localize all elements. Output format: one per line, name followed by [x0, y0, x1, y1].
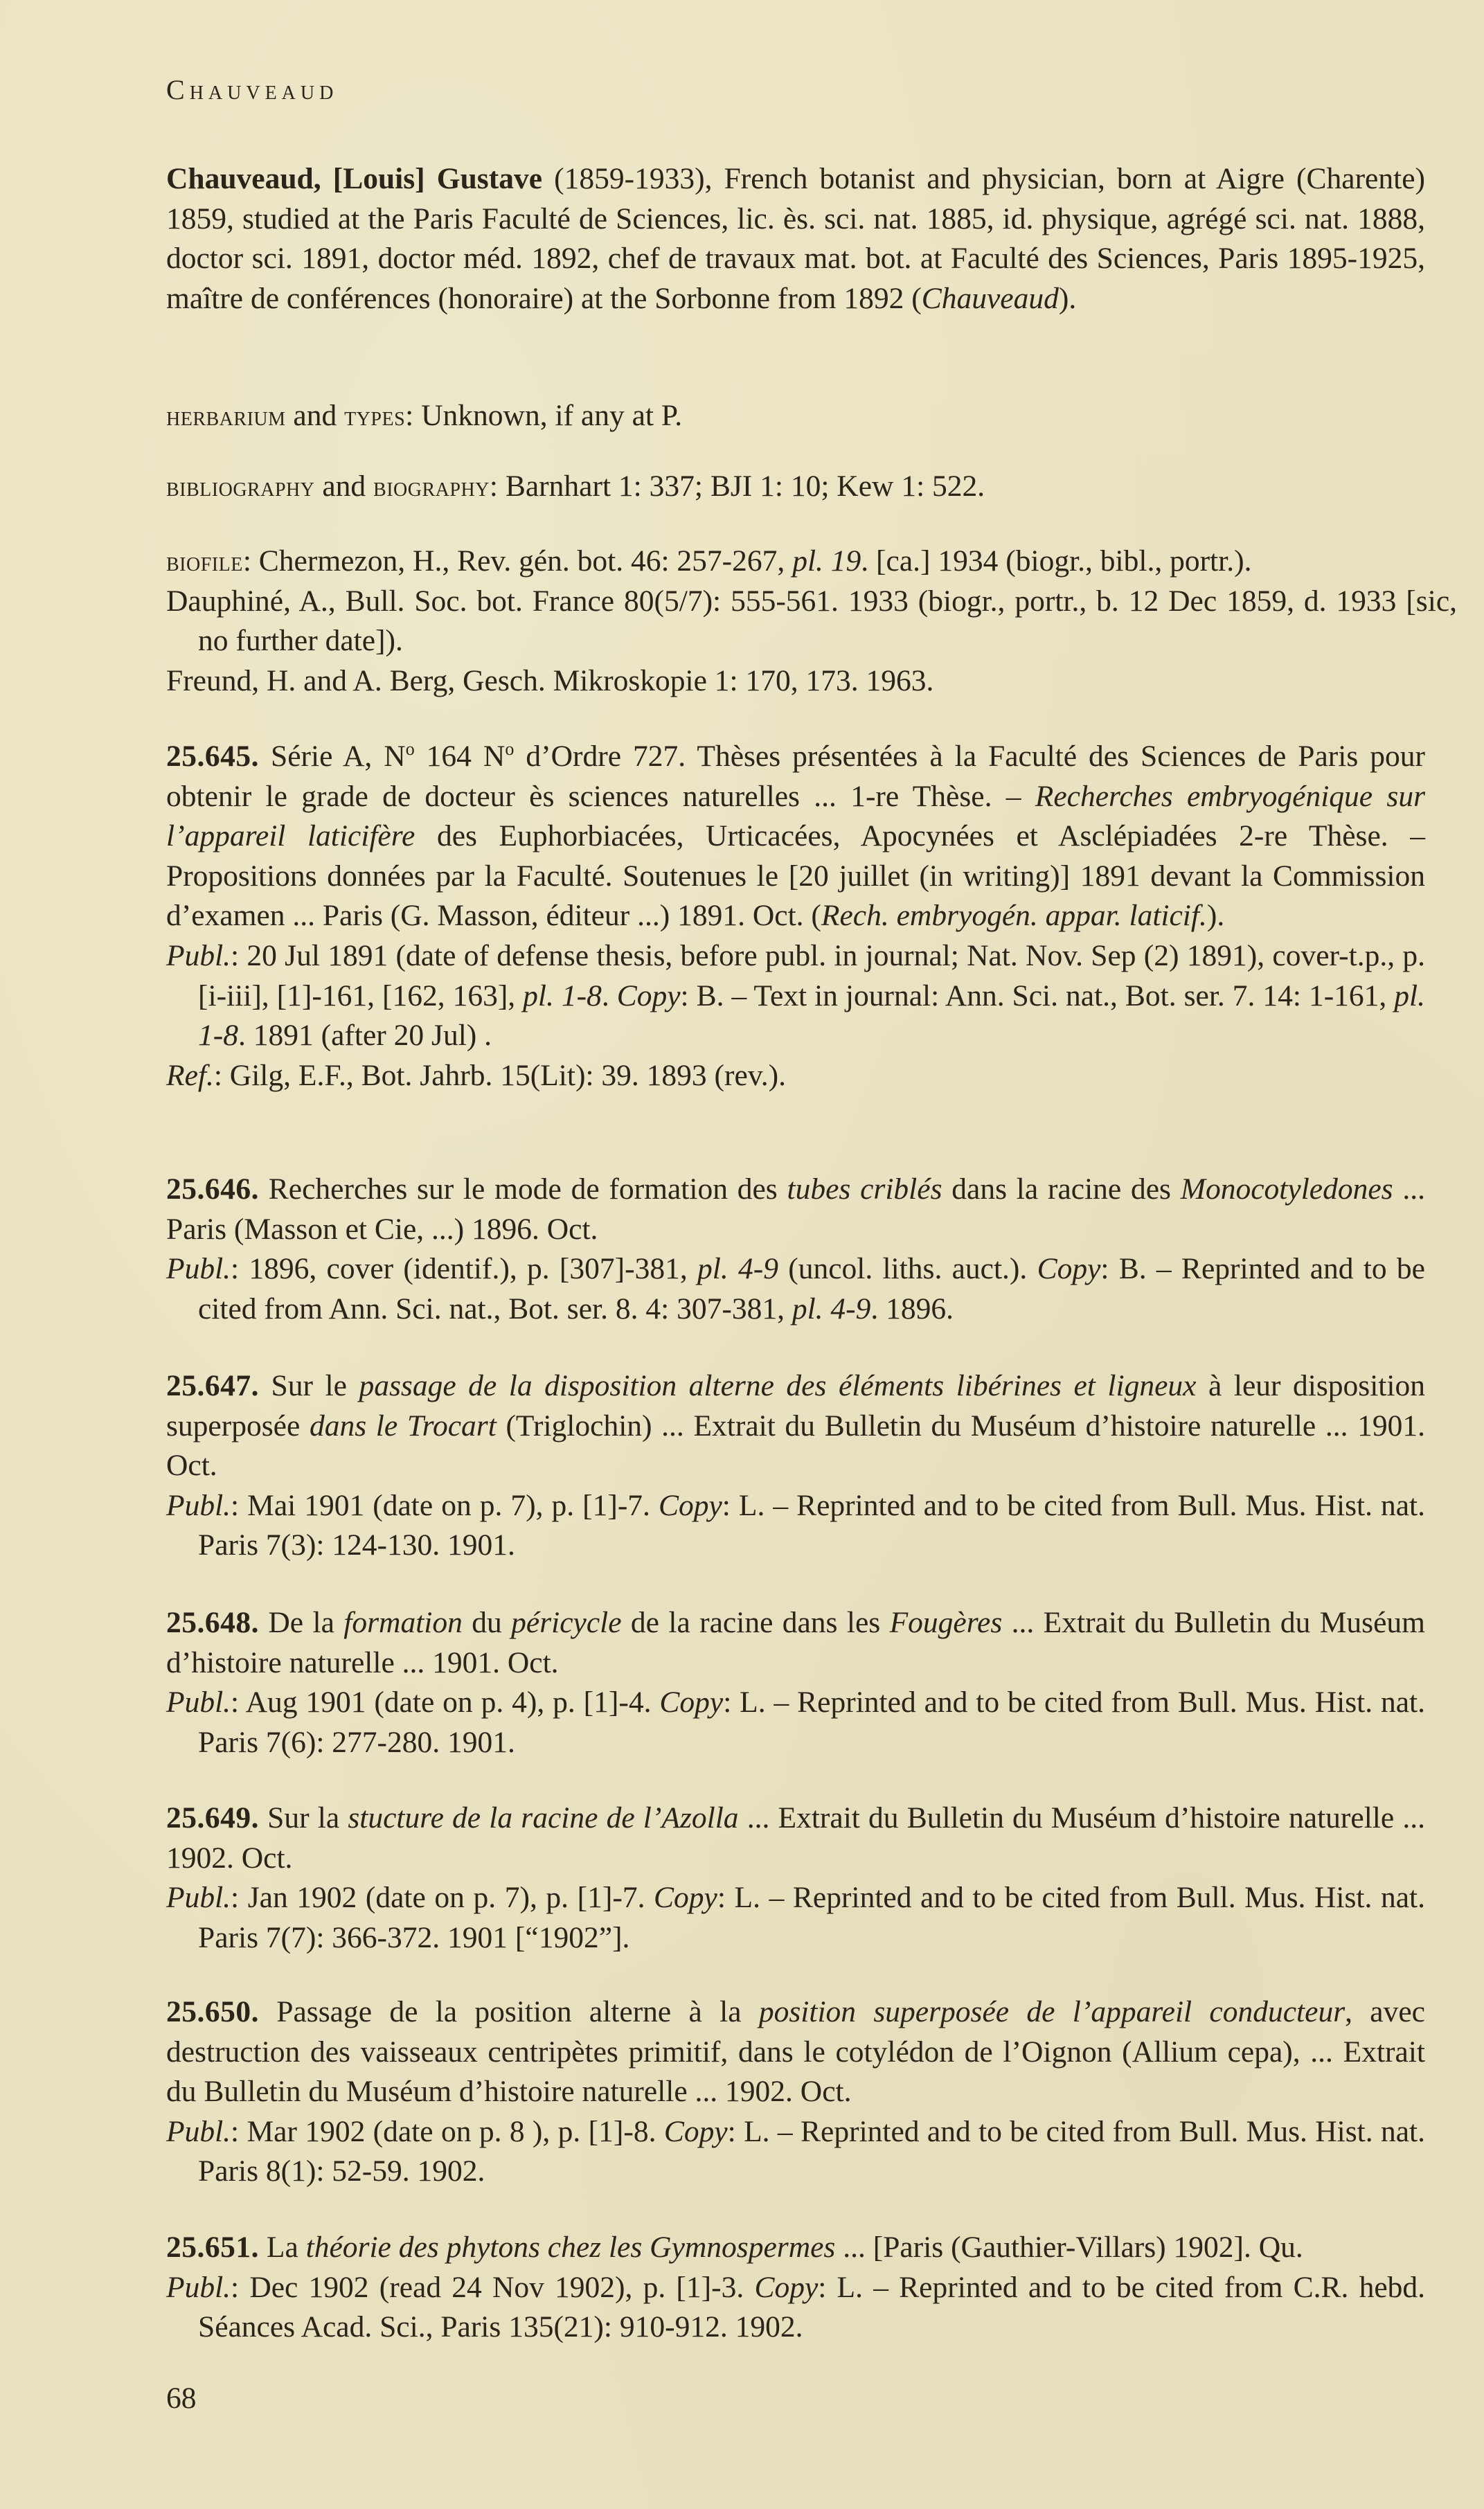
entry-note: Publ.: Aug 1901 (date on p. 4), p. [1]-4…	[166, 1683, 1425, 1762]
italic-text: Publ.	[166, 1252, 231, 1285]
entry-25645: 25.645. Série A, No 164 No d’Ordre 727. …	[166, 737, 1425, 1096]
entry-note: Publ.: Jan 1902 (date on p. 7), p. [1]-7…	[166, 1878, 1425, 1958]
biofile-entry: Dauphiné, A., Bull. Soc. bot. France 80(…	[198, 582, 1457, 661]
text-run: De la	[259, 1606, 343, 1639]
italic-text: Fougères	[890, 1606, 1003, 1639]
document-page: Chauveaud Chauveaud, [Louis] Gustave (18…	[0, 0, 1484, 2509]
italic-text: Publ.	[166, 2271, 231, 2304]
italic-text: Copy	[754, 2271, 818, 2304]
text-run: . [ca.] 1934 (biogr., bibl., portr.).	[861, 544, 1251, 578]
italic-text: formation	[343, 1606, 463, 1639]
text-run: : Barnhart 1: 337; BJI 1: 10; Kew 1: 522…	[490, 470, 985, 503]
entry-note: Publ.: Mai 1901 (date on p. 7), p. [1]-7…	[166, 1486, 1425, 1566]
italic-text: Ref.	[166, 1059, 214, 1092]
bibliography-line: Bibliography and Biography: Barnhart 1: …	[166, 467, 1425, 507]
italic-text: Publ.	[166, 2115, 231, 2148]
entry-number: 25.645.	[166, 740, 259, 773]
text-run: Série A, N	[259, 740, 406, 773]
entry-title: 25.651. La théorie des phytons chez les …	[166, 2228, 1425, 2268]
entry-25646: 25.646. Recherches sur le mode de format…	[166, 1170, 1425, 1329]
biofile-entry: Biofile: Chermezon, H., Rev. gén. bot. 4…	[198, 542, 1457, 582]
italic-text: péricycle	[511, 1606, 621, 1639]
entry-note: Publ.: Mar 1902 (date on p. 8 ), p. [1]-…	[166, 2112, 1425, 2192]
italic-text: stucture de la racine de l’Azolla	[348, 1801, 738, 1834]
bold-text: Chauveaud, [Louis] Gustave	[166, 162, 542, 195]
italic-text: Copy	[659, 1686, 723, 1719]
italic-text: pl. 4-9	[792, 1292, 871, 1325]
entry-title: 25.646. Recherches sur le mode de format…	[166, 1170, 1425, 1249]
text-run: La	[259, 2231, 306, 2264]
biofile-section: Biofile: Chermezon, H., Rev. gén. bot. 4…	[166, 542, 1457, 701]
text-run: 164 N	[415, 740, 506, 773]
running-head: Chauveaud	[166, 73, 338, 106]
small-caps-label: Herbarium	[166, 400, 286, 431]
text-run: Recherches sur le mode de formation des	[259, 1172, 787, 1206]
italic-text: tubes criblés	[787, 1172, 942, 1206]
entry-title: 25.649. Sur la stucture de la racine de …	[166, 1798, 1425, 1878]
entry-number: 25.650.	[166, 1995, 259, 2028]
biography-paragraph: Chauveaud, [Louis] Gustave (1859-1933), …	[166, 159, 1425, 319]
entry-title: 25.645. Série A, No 164 No d’Ordre 727. …	[166, 737, 1425, 936]
text-run: ).	[1059, 282, 1076, 315]
entry-number: 25.647.	[166, 1369, 259, 1402]
text-run: : Gilg, E.F., Bot. Jahrb. 15(Lit): 39. 1…	[214, 1059, 786, 1092]
page-number: 68	[166, 2381, 197, 2416]
entry-note: Publ.: 1896, cover (identif.), p. [307]-…	[166, 1249, 1425, 1329]
text-run: (uncol. liths. auct.).	[778, 1252, 1037, 1285]
entry-number: 25.649.	[166, 1801, 259, 1834]
italic-text: Publ.	[166, 1881, 231, 1914]
italic-text: Copy	[659, 1489, 722, 1522]
entry-number: 25.651.	[166, 2231, 259, 2264]
small-caps-label: Biography	[373, 471, 490, 502]
italic-text: Publ.	[166, 1686, 231, 1719]
italic-text: pl. 4-9	[697, 1252, 778, 1285]
italic-text: position superposée de l’appareil conduc…	[759, 1995, 1345, 2028]
text-run: Sur le	[259, 1369, 359, 1402]
italic-text: Monocotyledones	[1181, 1172, 1393, 1206]
text-run: Freund, H. and A. Berg, Gesch. Mikroskop…	[166, 664, 933, 697]
italic-text: pl. 1-8	[523, 979, 602, 1012]
entry-25648: 25.648. De la formation du péricycle de …	[166, 1603, 1425, 1762]
entry-note: Ref.: Gilg, E.F., Bot. Jahrb. 15(Lit): 3…	[166, 1056, 1425, 1096]
italic-text: Copy	[617, 979, 681, 1012]
small-caps-label: Types	[344, 400, 405, 431]
italic-text: Publ.	[166, 1489, 231, 1522]
text-run: : B. – Text in journal: Ann. Sci. nat., …	[681, 979, 1395, 1012]
italic-text: Copy	[664, 2115, 728, 2148]
italic-text: Publ.	[166, 939, 231, 972]
text-run: Sur la	[259, 1801, 348, 1834]
entry-25650: 25.650. Passage de la position alterne à…	[166, 1992, 1425, 2192]
italic-text: Chauveaud	[922, 282, 1059, 315]
text-run: and	[314, 470, 373, 503]
entry-title: 25.650. Passage de la position alterne à…	[166, 1992, 1425, 2112]
italic-text: passage de la disposition alterne des él…	[359, 1369, 1196, 1402]
entry-25649: 25.649. Sur la stucture de la racine de …	[166, 1798, 1425, 1958]
text-run: du	[463, 1606, 511, 1639]
text-run: Dauphiné, A., Bull. Soc. bot. France 80(…	[166, 584, 1457, 658]
herbarium-line: Herbarium and Types: Unknown, if any at …	[166, 396, 1425, 436]
text-run: : Dec 1902 (read 24 Nov 1902), p. [1]-3.	[231, 2271, 754, 2304]
text-run: : Mar 1902 (date on p. 8 ), p. [1]-8.	[231, 2115, 664, 2148]
text-run: .	[602, 979, 617, 1012]
biofile-entry: Freund, H. and A. Berg, Gesch. Mikroskop…	[198, 661, 1457, 702]
text-run: ).	[1207, 899, 1224, 932]
entry-title: 25.647. Sur le passage de la disposition…	[166, 1366, 1425, 1486]
text-run: : Chermezon, H., Rev. gén. bot. 46: 257-…	[243, 544, 792, 578]
italic-text: dans le Trocart	[310, 1409, 497, 1443]
entry-25651: 25.651. La théorie des phytons chez les …	[166, 2228, 1425, 2348]
superscript: o	[505, 739, 514, 759]
text-run: : Unknown, if any at P.	[405, 399, 682, 432]
text-run: Passage de la position alterne à la	[259, 1995, 759, 2028]
text-run: . 1896.	[870, 1292, 954, 1325]
text-run: : Jan 1902 (date on p. 7), p. [1]-7.	[231, 1881, 654, 1914]
text-run: ... [Paris (Gauthier-Villars) 1902]. Qu.	[835, 2231, 1303, 2264]
text-run: and	[286, 399, 345, 432]
entry-25647: 25.647. Sur le passage de la disposition…	[166, 1366, 1425, 1566]
italic-text: Copy	[1037, 1252, 1101, 1285]
entry-note: Publ.: 20 Jul 1891 (date of defense thes…	[166, 936, 1425, 1056]
entry-note: Publ.: Dec 1902 (read 24 Nov 1902), p. […	[166, 2268, 1425, 2348]
text-run: : Mai 1901 (date on p. 7), p. [1]-7.	[231, 1489, 659, 1522]
italic-text: Copy	[654, 1881, 717, 1914]
italic-text: théorie des phytons chez les Gymnosperme…	[306, 2231, 836, 2264]
italic-text: Rech. embryogén. appar. laticif.	[821, 899, 1207, 932]
text-run: : 1896, cover (identif.), p. [307]-381,	[231, 1252, 697, 1285]
text-run: de la racine dans les	[622, 1606, 890, 1639]
small-caps-label: Biofile	[166, 546, 243, 577]
entry-title: 25.648. De la formation du péricycle de …	[166, 1603, 1425, 1683]
entry-number: 25.646.	[166, 1172, 259, 1206]
small-caps-label: Bibliography	[166, 471, 314, 502]
superscript: o	[406, 739, 415, 759]
text-run: . 1891 (after 20 Jul) .	[238, 1019, 492, 1052]
italic-text: pl. 19	[792, 544, 861, 578]
text-run: : Aug 1901 (date on p. 4), p. [1]-4.	[231, 1686, 659, 1719]
entry-number: 25.648.	[166, 1606, 259, 1639]
text-run: dans la racine des	[942, 1172, 1181, 1206]
